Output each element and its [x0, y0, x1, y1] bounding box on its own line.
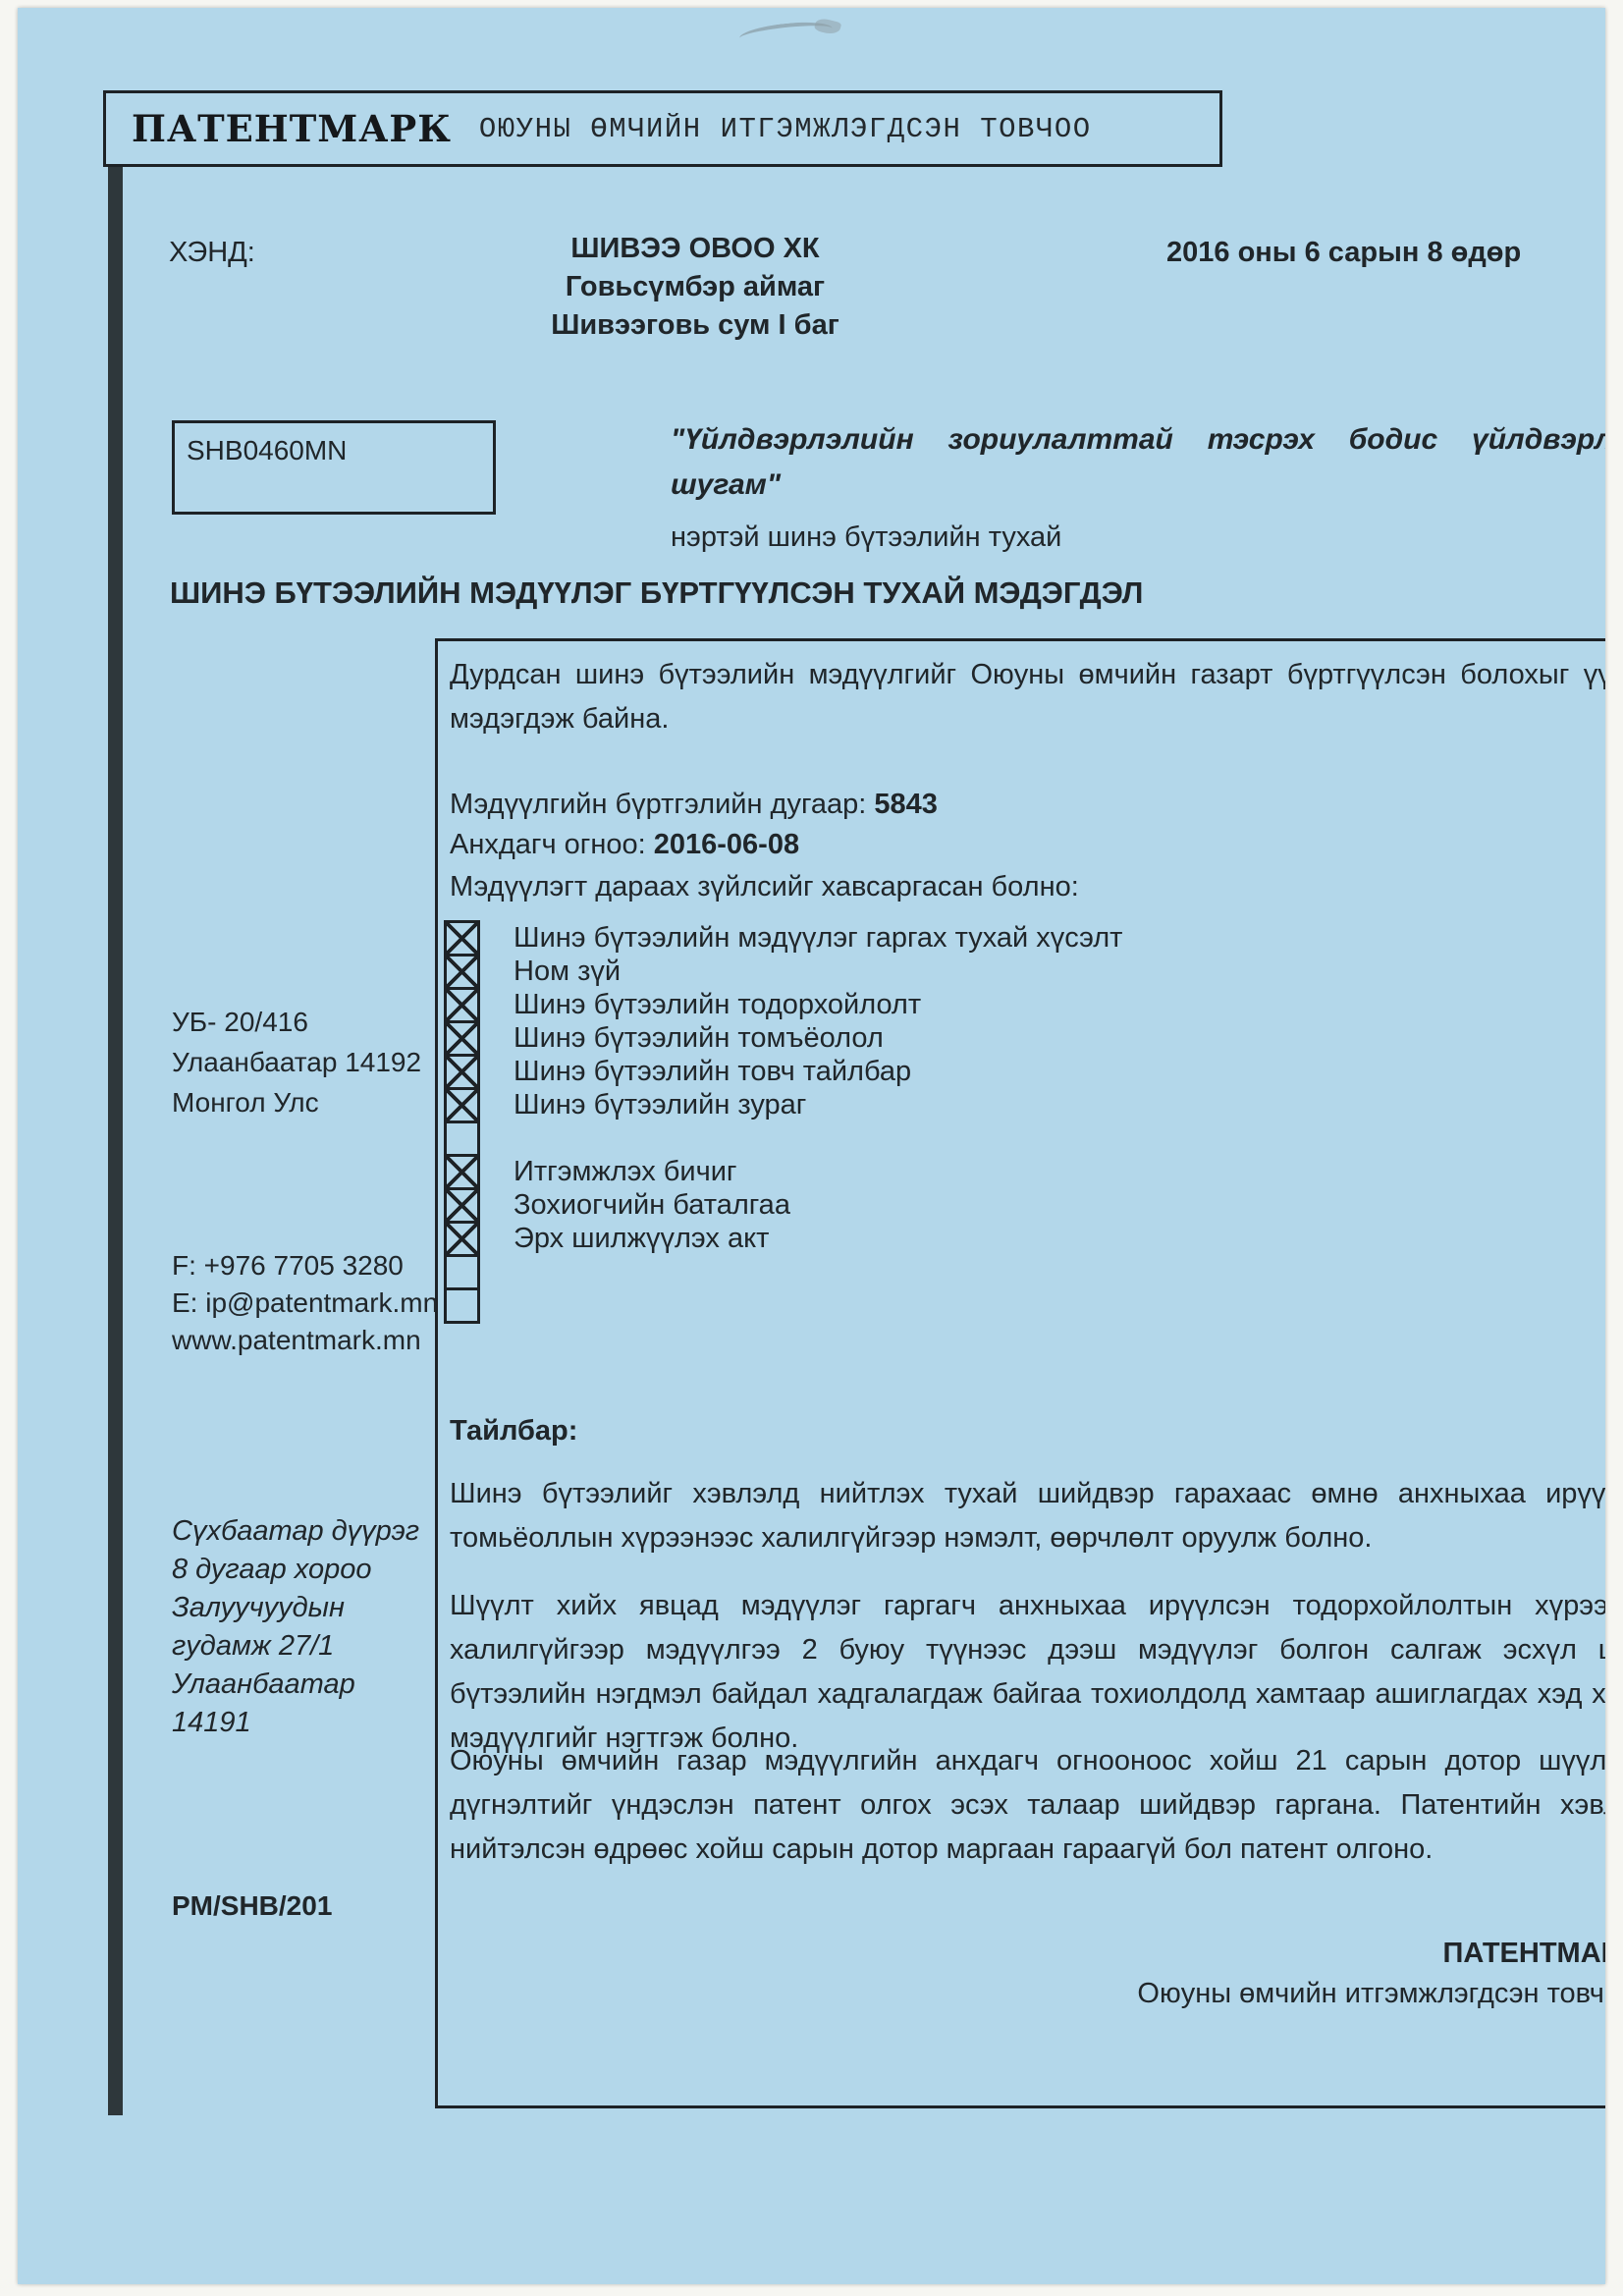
letter-date: 2016 оны 6 сарын 8 өдөр	[1166, 237, 1579, 269]
street-address-line: 8 дугаар хороо	[172, 1551, 419, 1589]
filing-date: 2016-06-08	[654, 829, 799, 860]
to-label: ХЭНД:	[169, 237, 255, 269]
recipient-address: Шивээговь сум I баг	[509, 306, 882, 345]
reference-code: SHB0460MN	[187, 435, 347, 465]
brand-name: ПАТЕНТМАРК	[132, 107, 452, 150]
checklist-label: Итгэмжлэх бичиг	[514, 1156, 736, 1188]
po-box-line: УБ- 20/416	[172, 1002, 421, 1042]
notes-heading: Тайлбар:	[450, 1415, 577, 1448]
checkbox-icon	[444, 954, 480, 990]
checkbox-icon	[444, 1221, 480, 1257]
checklist-label: Шинэ бүтээлийн томъёолол	[514, 1022, 884, 1055]
checklist-row: Шинэ бүтээлийн мэдүүлэг гаргах тухай хүс…	[444, 920, 1122, 957]
street-address-line: Залуучуудын	[172, 1589, 419, 1627]
checkbox-icon	[444, 1187, 480, 1224]
checklist-row: Ном зүй	[444, 954, 1122, 990]
subject-block: "Үйлдвэрлэлийн зориулалттай тэсрэх бодис…	[671, 417, 1605, 554]
website-url: www.patentmark.mn	[172, 1322, 438, 1359]
checkbox-icon	[444, 1121, 480, 1157]
street-address-line: гудамж 27/1	[172, 1627, 419, 1666]
contact-block: F: +976 7705 3280 E: ip@patentmark.mn ww…	[172, 1247, 438, 1359]
recipient-block: ШИВЭЭ ОВОО ХК Говьсүмбэр аймаг Шивээговь…	[509, 230, 882, 345]
po-box-line: Улаанбаатар 14192	[172, 1042, 421, 1082]
invention-title: "Үйлдвэрлэлийн зориулалттай тэсрэх бодис…	[671, 417, 1605, 508]
checklist-label: Шинэ бүтээлийн мэдүүлэг гаргах тухай хүс…	[514, 922, 1122, 955]
document-code: PM/SHB/201	[172, 1890, 332, 1922]
checklist-row: Шинэ бүтээлийн зураг	[444, 1087, 1122, 1123]
street-address-line: Улаанбаатар	[172, 1666, 419, 1704]
signature-org: Оюуны өмчийн итгэмжлэгдсэн товчо	[450, 1974, 1605, 2014]
signature-block: ПАТЕНТМАР Оюуны өмчийн итгэмжлэгдсэн тов…	[450, 1934, 1605, 2014]
fax-number: F: +976 7705 3280	[172, 1247, 438, 1285]
checklist-label: Зохиогчийн баталгаа	[514, 1189, 790, 1222]
registration-label: Мэдүүлгийн бүртгэлийн дугаар:	[450, 789, 866, 820]
letterhead-box: ПАТЕНТМАРК ОЮУНЫ ӨМЧИЙН ИТГЭМЖЛЭГДСЭН ТО…	[103, 90, 1222, 167]
note-paragraph-1: Шинэ бүтээлийг хэвлэлд нийтлэх тухай ший…	[450, 1472, 1605, 1560]
checkbox-icon	[444, 987, 480, 1023]
attachments-intro: Мэдүүлэгт дараах зүйлсийг хавсаргасан бо…	[450, 871, 1079, 903]
filing-date-line: Анхдагч огноо: 2016-06-08	[450, 825, 938, 865]
checkbox-icon	[444, 1254, 480, 1290]
attachments-checklist: Шинэ бүтээлийн мэдүүлэг гаргах тухай хүс…	[444, 920, 1122, 1324]
recipient-region: Говьсүмбэр аймаг	[509, 268, 882, 306]
checkbox-icon	[444, 1054, 480, 1090]
po-box-address: УБ- 20/416 Улаанбаатар 14192 Монгол Улс	[172, 1002, 421, 1122]
intro-paragraph: Дурдсан шинэ бүтээлийн мэдүүлгийг Оюуны …	[450, 653, 1605, 741]
left-margin-bar	[108, 167, 123, 2115]
organization-name: ОЮУНЫ ӨМЧИЙН ИТГЭМЖЛЭГДСЭН ТОВЧОО	[479, 113, 1092, 145]
checklist-row: Шинэ бүтээлийн товч тайлбар	[444, 1054, 1122, 1090]
checklist-label: Ном зүй	[514, 956, 621, 988]
scanned-letter: { "colors": { "paper_blue": "#b3d7ea", "…	[0, 0, 1623, 2296]
filing-date-label: Анхдагч огноо:	[450, 829, 646, 860]
checklist-row: Шинэ бүтээлийн томъёолол	[444, 1020, 1122, 1057]
street-address-block: Сүхбаатар дүүрэг 8 дугаар хороо Залуучуу…	[172, 1512, 419, 1742]
checklist-row	[444, 1121, 1122, 1157]
section-heading: ШИНЭ БҮТЭЭЛИЙН МЭДҮҮЛЭГ БҮРТГҮҮЛСЭН ТУХА…	[170, 575, 1143, 611]
note-paragraph-2: Шүүлт хийх явцад мэдүүлэг гаргагч анхных…	[450, 1584, 1605, 1761]
checkbox-icon	[444, 920, 480, 957]
checklist-label: Шинэ бүтээлийн товч тайлбар	[514, 1056, 911, 1088]
street-address-line: 14191	[172, 1704, 419, 1742]
invention-title-suffix: нэртэй шинэ бүтээлийн тухай	[671, 521, 1605, 554]
registration-number: 5843	[874, 789, 938, 820]
checklist-label: Шинэ бүтээлийн тодорхойлолт	[514, 989, 921, 1021]
notification-body-box: Дурдсан шинэ бүтээлийн мэдүүлгийг Оюуны …	[435, 638, 1605, 2108]
checkbox-icon	[444, 1020, 480, 1057]
registration-number-line: Мэдүүлгийн бүртгэлийн дугаар: 5843	[450, 785, 938, 825]
registration-block: Мэдүүлгийн бүртгэлийн дугаар: 5843 Анхда…	[450, 785, 938, 865]
street-address-line: Сүхбаатар дүүрэг	[172, 1512, 419, 1551]
email-address: E: ip@patentmark.mn	[172, 1285, 438, 1322]
checklist-row	[444, 1287, 1122, 1324]
letter-page: ПАТЕНТМАРК ОЮУНЫ ӨМЧИЙН ИТГЭМЖЛЭГДСЭН ТО…	[18, 8, 1605, 2284]
checklist-label: Шинэ бүтээлийн зураг	[514, 1089, 806, 1121]
checklist-row: Эрх шилжүүлэх акт	[444, 1221, 1122, 1257]
reference-code-box: SHB0460MN	[172, 420, 496, 515]
checklist-row: Зохиогчийн баталгаа	[444, 1187, 1122, 1224]
checkbox-icon	[444, 1154, 480, 1190]
checklist-label: Эрх шилжүүлэх акт	[514, 1223, 769, 1255]
checkbox-icon	[444, 1287, 480, 1324]
signature-brand: ПАТЕНТМАР	[450, 1934, 1605, 1974]
checklist-row: Итгэмжлэх бичиг	[444, 1154, 1122, 1190]
po-box-line: Монгол Улс	[172, 1082, 421, 1122]
checklist-row: Шинэ бүтээлийн тодорхойлолт	[444, 987, 1122, 1023]
note-paragraph-3: Оюуны өмчийн газар мэдүүлгийн анхдагч ог…	[450, 1739, 1605, 1872]
checkbox-icon	[444, 1087, 480, 1123]
checklist-row	[444, 1254, 1122, 1290]
recipient-company: ШИВЭЭ ОВОО ХК	[509, 230, 882, 268]
